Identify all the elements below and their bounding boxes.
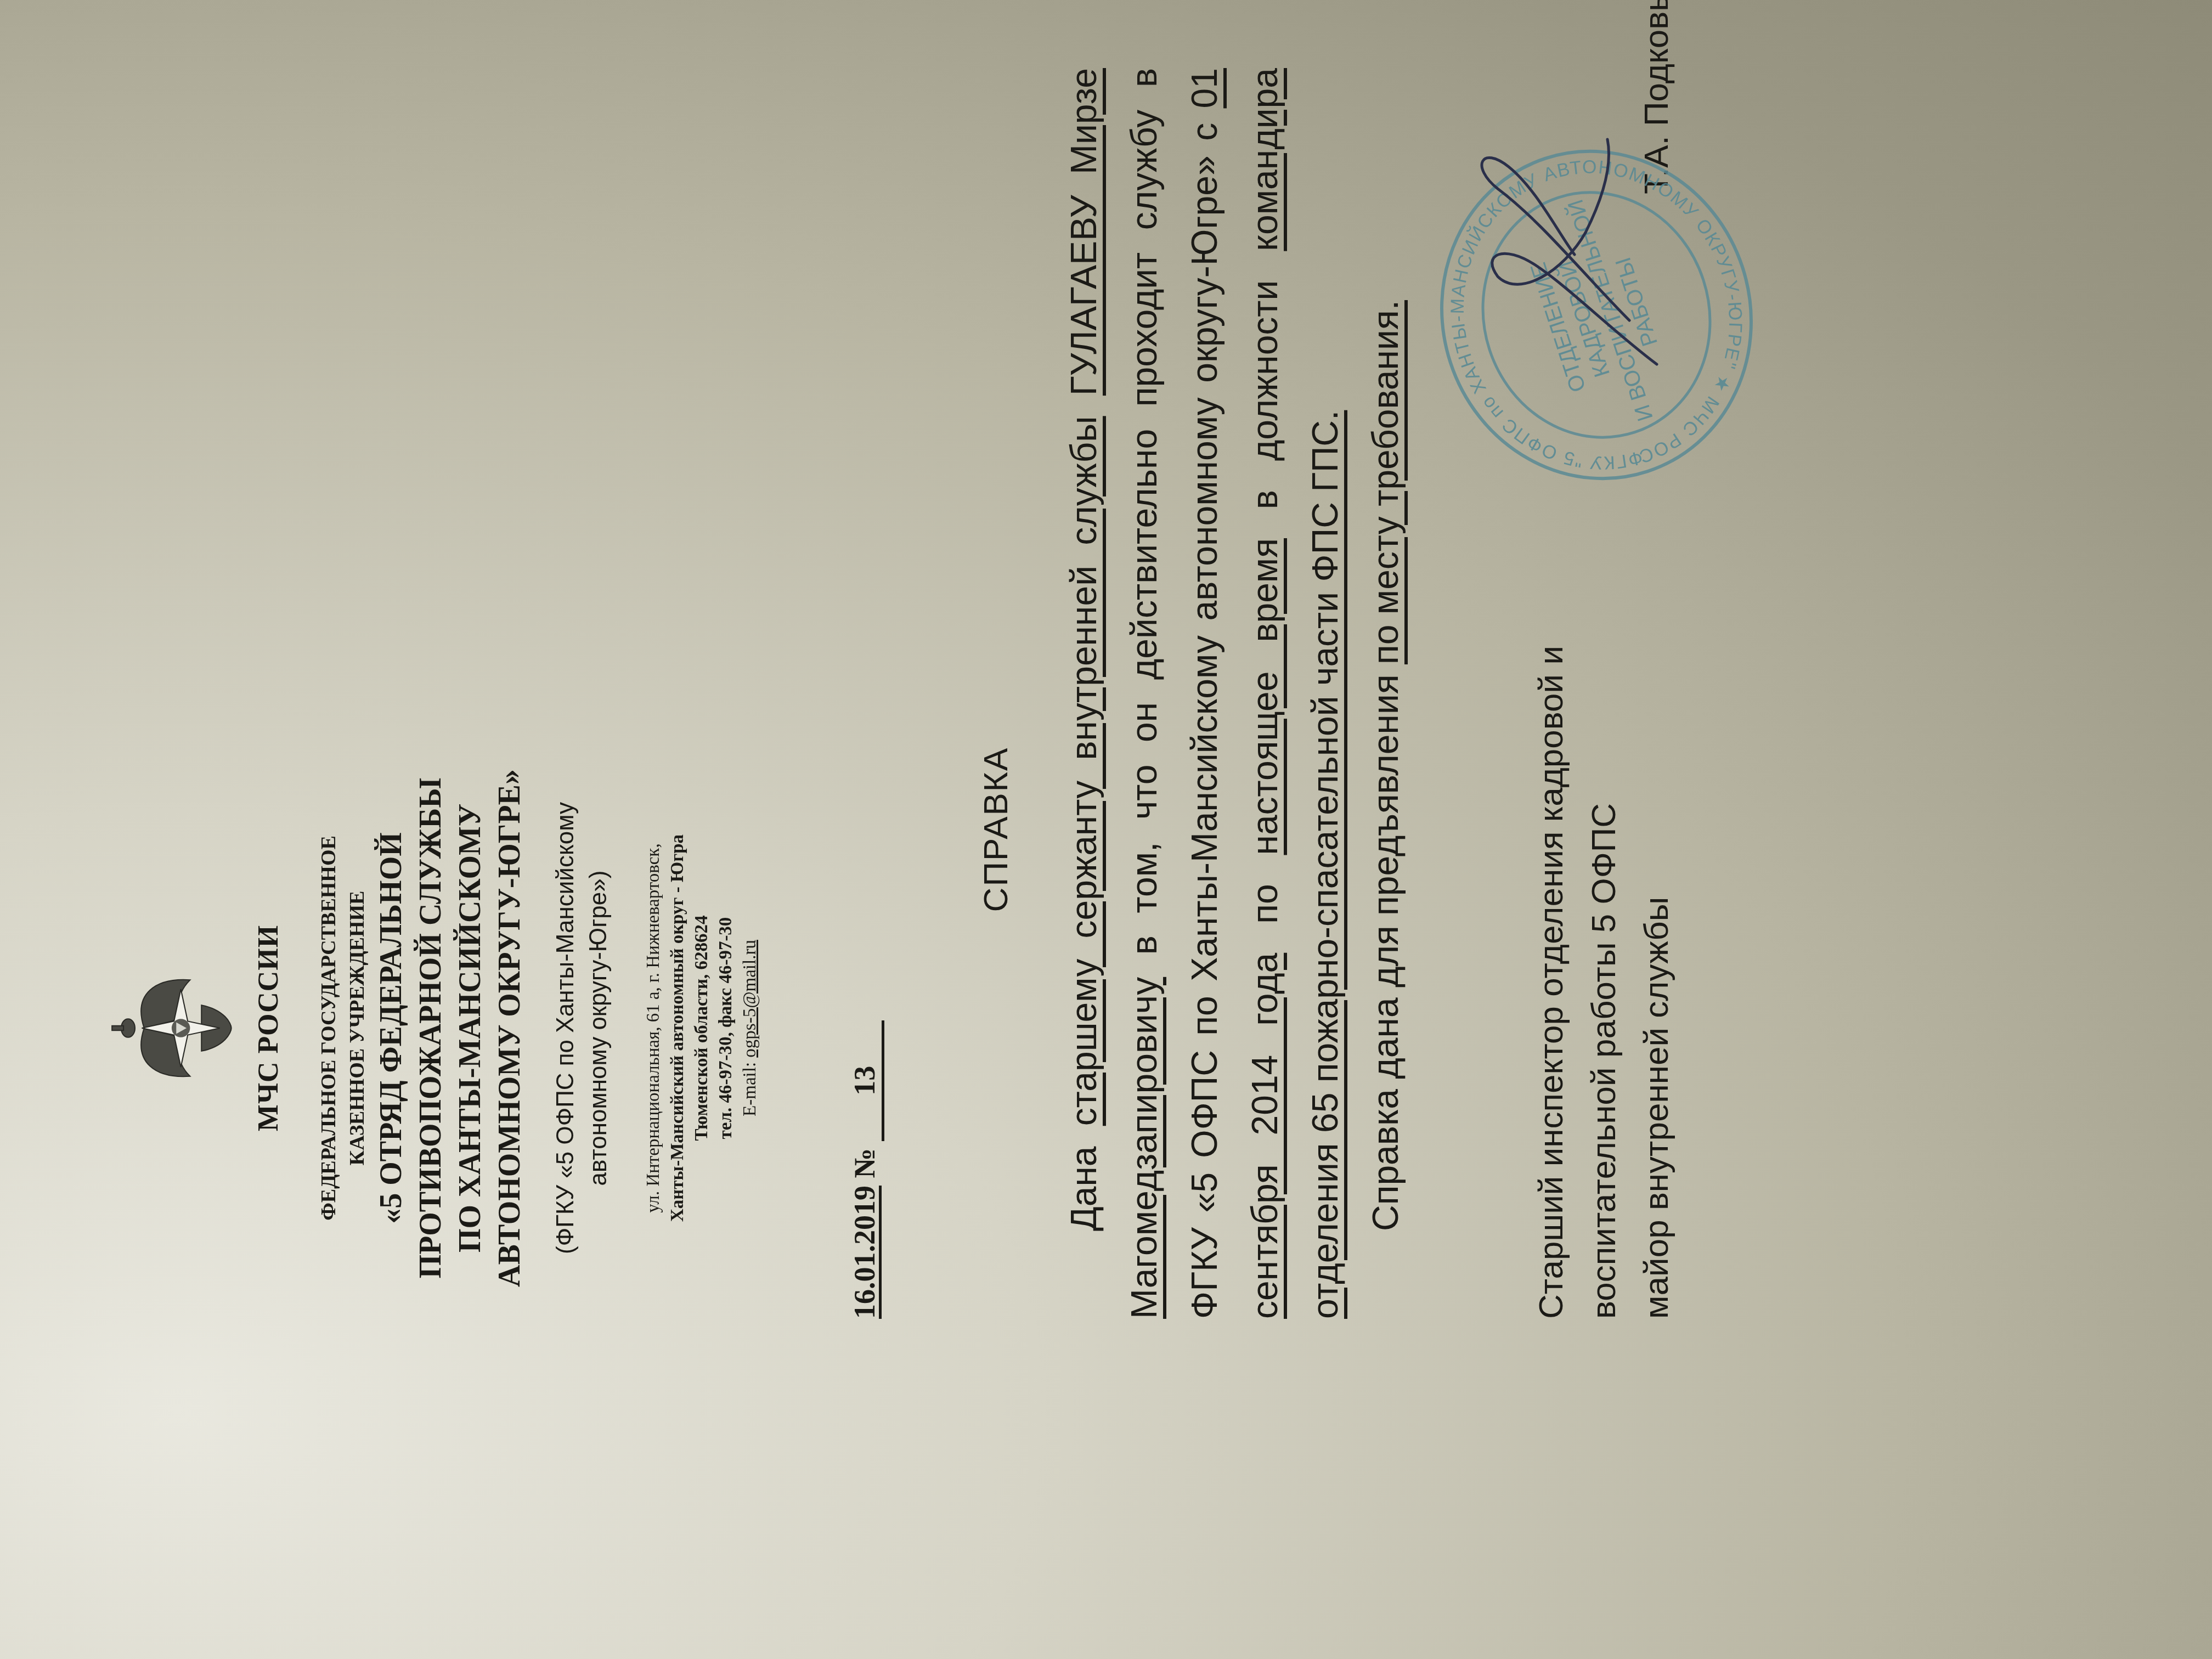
letterhead: МЧС РОССИИ ФЕДЕРАЛЬНОЕ ГОСУДАРСТВЕННОЕ К… xyxy=(110,704,762,1352)
registration-line: 16.01.2019 № 13 xyxy=(848,1020,884,1319)
address-line: Ханты-Мансийский автономный округ - Югра xyxy=(665,704,690,1352)
emercom-emblem-icon xyxy=(110,970,236,1086)
purpose: по месту требования. xyxy=(1365,300,1406,664)
institution-line: ПРОТИВОПОЖАРНОЙ СЛУЖБЫ xyxy=(411,704,450,1352)
document-sheet: МЧС РОССИИ ФЕДЕРАЛЬНОЕ ГОСУДАРСТВЕННОЕ К… xyxy=(0,0,2212,1659)
institution-line: «5 ОТРЯД ФЕДЕРАЛЬНОЙ xyxy=(371,704,411,1352)
text: по xyxy=(1244,855,1285,953)
handwritten-signature-icon xyxy=(1448,123,1690,397)
email-line: E-mail: ogps-5@mail.ru xyxy=(738,704,762,1352)
number-sign: № xyxy=(848,1148,881,1178)
text: в должности xyxy=(1244,251,1285,538)
document-date: 16.01.2019 xyxy=(848,1186,881,1319)
institution-line: ПО ХАНТЫ-МАНСИЙСКОМУ xyxy=(450,704,490,1352)
certificate-paragraph: Дана старшему сержанту внутренней службы… xyxy=(1053,68,1355,1319)
document-body: Дана старшему сержанту внутренней службы… xyxy=(1053,68,1415,1319)
document-number: 13 xyxy=(848,1020,884,1141)
text: Дана xyxy=(1063,1126,1104,1231)
institution-line: АВТОНОМНОМУ ОКРУГУ-ЮГРЕ» xyxy=(490,704,529,1352)
abbreviation-line: автономному округу-Югре») xyxy=(582,704,615,1352)
email-link[interactable]: ogps-5@mail.ru xyxy=(740,940,760,1058)
abbreviation-line: (ФГКУ «5 ОФПС по Ханты-Мансийскому xyxy=(549,704,582,1352)
text: Справка дана для предъявления xyxy=(1365,664,1406,1231)
institution-line: ФЕДЕРАЛЬНОЕ ГОСУДАРСТВЕННОЕ xyxy=(314,704,343,1352)
email-label: E-mail: xyxy=(740,1058,760,1116)
phone-line: тел. 46-97-30, факс 46-97-30 xyxy=(714,704,738,1352)
document-title: СПРАВКА xyxy=(977,0,1015,1659)
institution-abbreviation: (ФГКУ «5 ОФПС по Ханты-Мансийскому автон… xyxy=(549,704,615,1352)
address-line: ул. Интернациональная, 61 а, г. Нижневар… xyxy=(641,704,665,1352)
address-line: Тюменской области, 628624 xyxy=(690,704,714,1352)
ministry-name: МЧС РОССИИ xyxy=(252,704,285,1352)
rank: старшему сержанту внутренней службы xyxy=(1063,416,1104,1126)
service-end: настоящее время xyxy=(1244,538,1285,855)
text xyxy=(1063,396,1104,416)
address-block: ул. Интернациональная, 61 а, г. Нижневар… xyxy=(641,704,762,1352)
institution-line: КАЗЕННОЕ УЧРЕЖДЕНИЕ xyxy=(343,704,371,1352)
